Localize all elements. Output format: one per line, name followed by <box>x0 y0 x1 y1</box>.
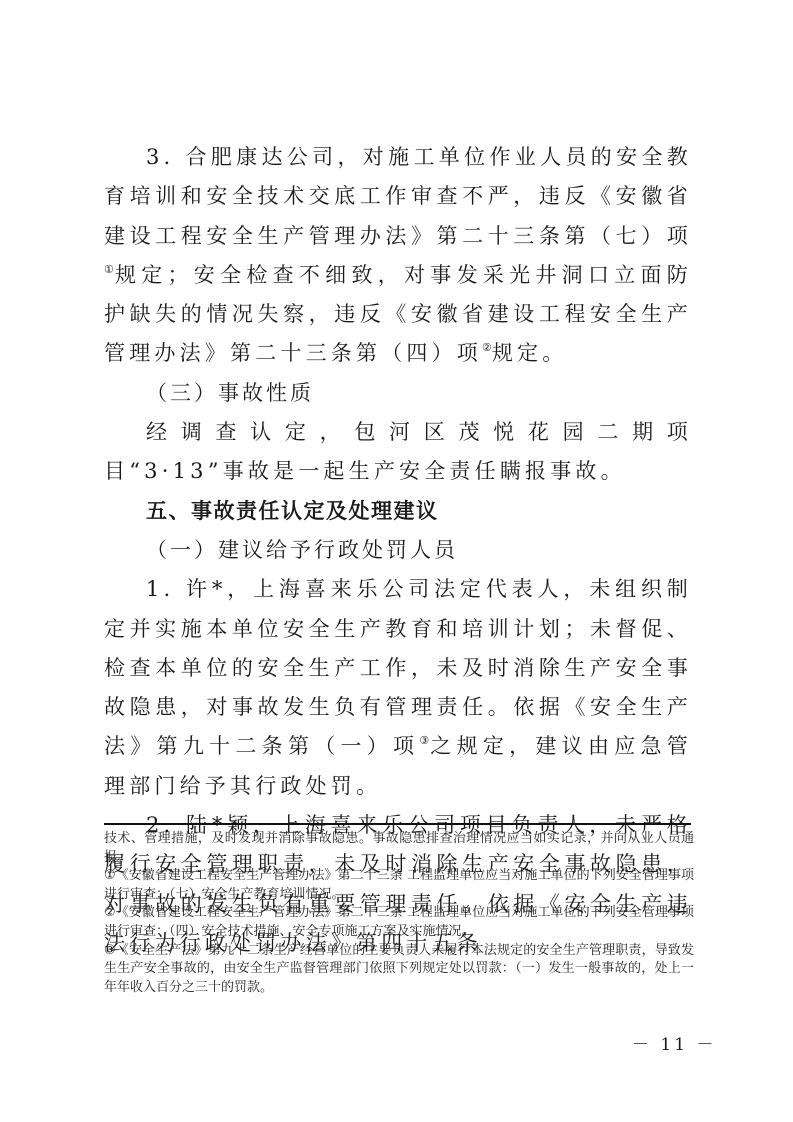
footnote-divider <box>104 823 691 825</box>
document-page: 3. 合肥康达公司，对施工单位作业人员的安全教育培训和安全技术交底工作审查不严，… <box>0 0 793 1122</box>
subheading-penalty-persons: （一）建议给予行政处罚人员 <box>104 531 692 570</box>
paragraph-kangda-violation: 3. 合肥康达公司，对施工单位作业人员的安全教育培训和安全技术交底工作审查不严，… <box>104 138 692 374</box>
footnote-3: ③《安全生产法》第九十二条生产经营单位的主要负责人未履行本法规定的安全生产管理职… <box>104 942 694 998</box>
footnote-ref-3: ③ <box>419 734 430 747</box>
paragraph-person-1: 1. 许*，上海喜来乐公司法定代表人，未组织制定并实施本单位安全生产教育和培训计… <box>104 570 692 806</box>
heading-responsibility: 五、事故责任认定及处理建议 <box>104 492 692 531</box>
footnotes: 技术、管理措施，及时发现并消除事故隐患。事故隐患排查治理情况应当如实记录，并向从… <box>104 830 694 997</box>
footnote-ref-2: ② <box>482 341 492 354</box>
page-number: － 11 － <box>632 1030 716 1055</box>
footnote-ref-1: ① <box>104 263 115 276</box>
paragraph-text: 规定；安全检查不细致，对事发采光井洞口立面防护缺失的情况失察，违反《安徽省建设工… <box>104 263 692 366</box>
paragraph-text: 1. 许*，上海喜来乐公司法定代表人，未组织制定并实施本单位安全生产教育和培训计… <box>104 577 692 758</box>
paragraph-accident-nature: 经调查认定，包河区茂悦花园二期项目“3·13”事故是一起生产安全责任瞒报事故。 <box>104 413 692 492</box>
footnote-continued: 技术、管理措施，及时发现并消除事故隐患。事故隐患排查治理情况应当如实记录，并向从… <box>104 830 694 867</box>
footnote-1: ①《安徽省建设工程安全生产管理办法》第二十三条 工程监理单位应当对施工单位的下列… <box>104 867 694 904</box>
footnote-2: ②《安徽省建设工程安全生产管理办法》第二十三条 工程监理单位应当对施工单位的下列… <box>104 904 694 941</box>
paragraph-text: 3. 合肥康达公司，对施工单位作业人员的安全教育培训和安全技术交底工作审查不严，… <box>104 145 692 248</box>
subheading-accident-nature: （三）事故性质 <box>104 374 692 413</box>
paragraph-text: 规定。 <box>492 341 568 365</box>
